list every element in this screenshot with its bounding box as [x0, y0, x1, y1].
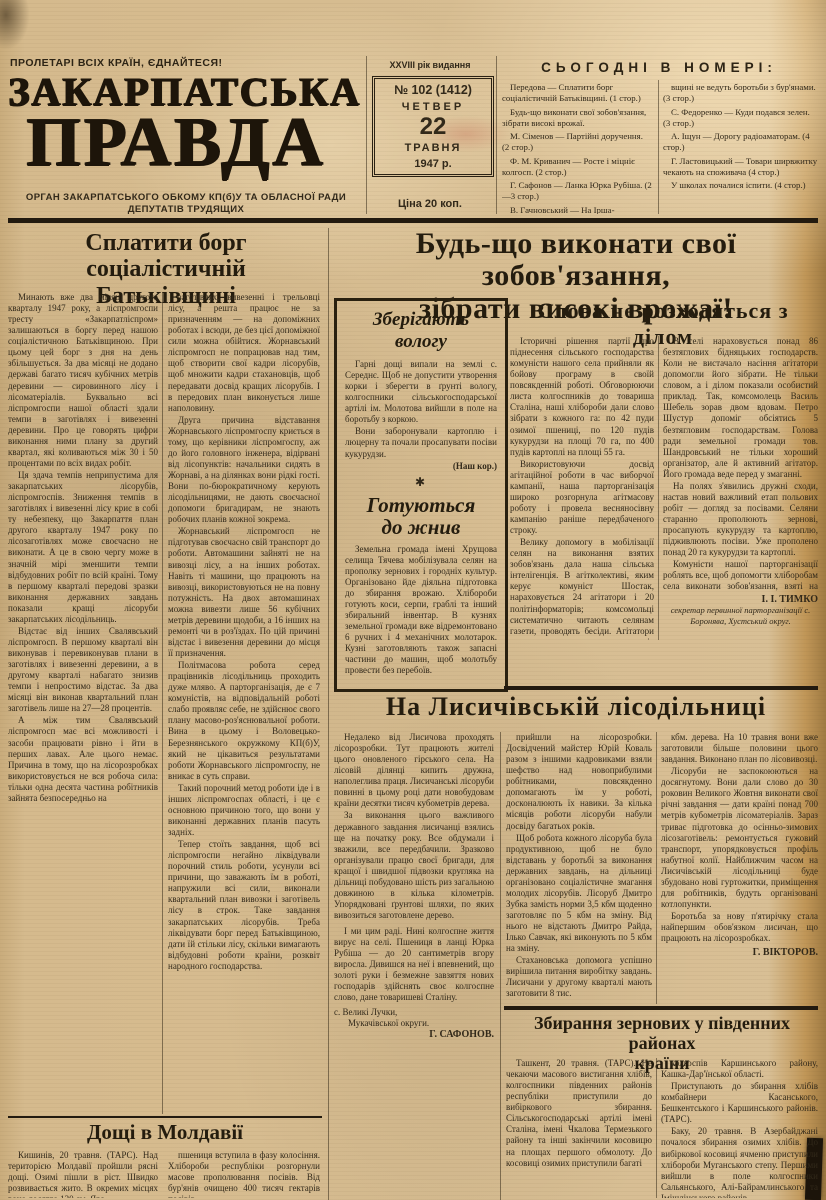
issue-number: № 102 (1412) [377, 83, 489, 97]
safonov-place2: Мукачівської округи. [334, 1018, 494, 1029]
article-harvest-title: Готуються до жнив [345, 494, 497, 538]
southern-divider [656, 1058, 657, 1198]
issue-year: 1947 р. [377, 158, 489, 170]
issue-box: № 102 (1412) ЧЕТВЕР 22 ТРАВНЯ 1947 р. [372, 76, 494, 177]
article-lysychi-col3: кбм. дерева. На 10 травня вони вже загот… [661, 732, 818, 945]
article-debt-col2: заготівлях, вивезенні і трельовці лісу, … [168, 292, 320, 1114]
boxed-news-panel: Зберігають вологу Гарні дощі випали на з… [334, 298, 508, 692]
southern-rule [504, 1006, 818, 1010]
lysychi-rule [504, 686, 818, 690]
lysychi-col3-wrap: кбм. дерева. На 10 травня вони вже загот… [661, 732, 818, 1004]
lysychi-col1-wrap: Недалеко від Лисичова проходять лісорозр… [334, 732, 494, 1198]
masthead-organ-line2: ДЕПУТАТІВ ТРУДЯЩИХ [8, 204, 364, 215]
article-southern-col1: Ташкент, 20 травня. (ТАРС). Не чекаючи м… [506, 1058, 652, 1198]
article-moisture-title: Зберігають вологу [345, 309, 497, 353]
words-signature-name: І. І. ТИМКО [663, 594, 818, 605]
article-lysychi-col1: Недалеко від Лисичова проходять лісорозр… [334, 732, 494, 922]
toc-header: СЬОГОДНІ В НОМЕРІ: [500, 60, 818, 75]
page-main-divider [328, 228, 329, 1200]
safonov-signature: Г. САФОНОВ. [334, 1029, 494, 1040]
article-southern-col2: колгоспів Каршинського району, Кашка-Дар… [661, 1058, 818, 1198]
masthead-organ-line1: ОРГАН ЗАКАРПАТСЬКОГО ОБКОМУ КП(б)У ТА ОБ… [8, 192, 364, 203]
lysychi-divider-2 [656, 732, 657, 1004]
issue-day: 22 [377, 115, 489, 139]
article-debt-col1: Минають вже два місяці другого кварталу … [8, 292, 158, 1114]
paper-stain [0, 0, 30, 50]
article-lysychi-col2: прийшли на лісорозробки. Досвідчений май… [506, 732, 652, 1004]
moldova-rule [8, 1116, 322, 1118]
article-words-col2: В селі нараховується понад 86 безтяглови… [663, 336, 818, 592]
article-moldova-col2: пшениця вступила в фазу колосіння. Хлібо… [168, 1150, 320, 1198]
masthead-title-line2: ПРАВДА [26, 110, 382, 177]
issue-price: Ціна 20 коп. [366, 198, 494, 210]
lysychi-divider-1 [500, 732, 501, 1200]
toc-divider [658, 80, 659, 214]
issue-weekday: ЧЕТВЕР [377, 101, 489, 113]
safonov-place1: с. Великі Лучки, [334, 1007, 494, 1018]
newspaper-page: ПРОЛЕТАРІ ВСІХ КРАЇН, ЄДНАЙТЕСЯ! ЗАКАРПА… [0, 0, 826, 1200]
masthead-divider-right [496, 56, 497, 214]
edition-year-label: XXVIII рік видання [366, 60, 494, 70]
issue-month: ТРАВНЯ [377, 142, 489, 154]
words-signature-block: І. І. ТИМКО секретар первинної парторган… [663, 594, 818, 626]
article-words-col1: Історичні рішення партії про піднесення … [510, 336, 654, 640]
toc-right-column: вщині не ведуть боротьби з бур'янами. (3… [663, 82, 818, 214]
article-lysychi-title: На Лисичівській лісодільниці [334, 692, 818, 722]
masthead-rule [8, 218, 818, 223]
article-moldova-col1: Кишинів, 20 травня. (ТАРС). Над територі… [8, 1150, 158, 1198]
words-signature-role: секретар первинної парторганізації с. Бо… [663, 605, 818, 626]
article-safonov-tail: І ми цим раді. Нині колгоспне життя виру… [334, 926, 494, 1004]
moisture-credit: (Наш кор.) [345, 461, 497, 471]
star-divider-icon: ✱ [345, 475, 497, 490]
toc-left-column: Передова — Сплатити борг соціалістичній … [502, 82, 652, 214]
debt-column-divider [162, 292, 163, 1114]
masthead-slogan: ПРОЛЕТАРІ ВСІХ КРАЇН, ЄДНАЙТЕСЯ! [10, 57, 360, 69]
article-harvest-body: Земельна громада імені Хрущова селища Тя… [345, 544, 497, 678]
article-moldova-title: Дощі в Молдавії [8, 1120, 322, 1145]
words-column-divider [658, 336, 659, 640]
article-moisture-body: Гарні дощі випали на землі с. Середнє. Щ… [345, 359, 497, 461]
lysychi-signature: Г. ВІКТОРОВ. [661, 947, 818, 958]
masthead-divider-left [366, 56, 367, 214]
